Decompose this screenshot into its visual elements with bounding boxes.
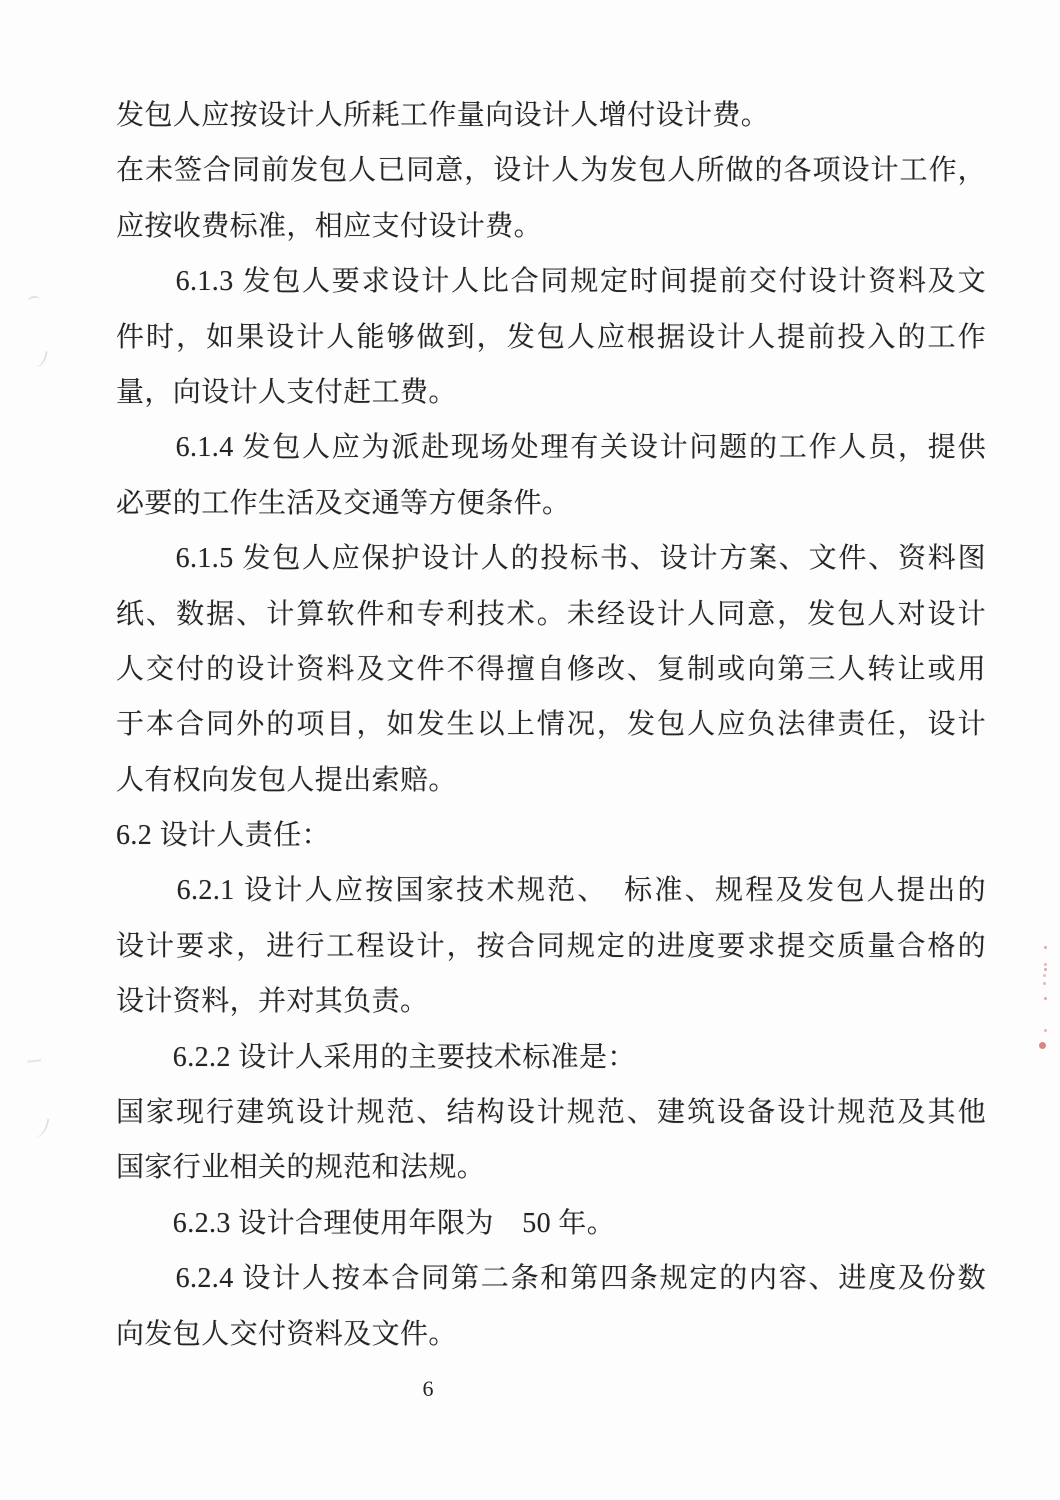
clause-6-2-1-line: 设计要求，进行工程设计，按合同规定的进度要求提交质量合格的 [116, 919, 986, 974]
clause-6-2-3-line: 6.2.3 设计合理使用年限为 50 年。 [116, 1196, 986, 1251]
scanned-contract-page: 发包人应按设计人所耗工作量向设计人增付设计费。 在未签合同前发包人已同意，设计人… [0, 0, 1060, 1500]
clause-6-1-5-line: 6.1.5 发包人应保护设计人的投标书、设计方案、文件、资料图 [116, 531, 986, 586]
clause-6-2-2-line: 国家现行建筑设计规范、结构设计规范、建筑设备设计规范及其他 [116, 1085, 986, 1140]
doc-line: 应按收费标准，相应支付设计费。 [116, 199, 986, 254]
contract-text-block: 发包人应按设计人所耗工作量向设计人增付设计费。 在未签合同前发包人已同意，设计人… [116, 88, 986, 1362]
clause-6-1-4-line: 6.1.4 发包人应为派赴现场处理有关设计问题的工作人员，提供 [116, 420, 986, 475]
scan-artifact [27, 1051, 42, 1062]
clause-6-2-4-line: 6.2.4 设计人按本合同第二条和第四条规定的内容、进度及份数 [116, 1251, 986, 1306]
clause-6-1-5-line: 纸、数据、计算软件和专利技术。未经设计人同意，发包人对设计 [116, 587, 986, 642]
scan-artifact [32, 349, 47, 369]
clause-6-2-4-line: 向发包人交付资料及文件。 [116, 1307, 986, 1362]
clause-6-1-5-line: 于本合同外的项目，如发生以上情况，发包人应负法律责任，设计 [116, 697, 986, 752]
scan-artifact [27, 295, 40, 306]
clause-6-2-1-line: 设计资料，并对其负责。 [116, 974, 986, 1029]
clause-6-1-4-line: 必要的工作生活及交通等方便条件。 [116, 476, 986, 531]
clause-6-1-3-line: 件时，如果设计人能够做到，发包人应根据设计人提前投入的工作 [116, 310, 986, 365]
page-number: 6 [412, 1375, 444, 1403]
clause-6-2-2-line: 国家行业相关的规范和法规。 [116, 1140, 986, 1195]
scan-artifact [35, 1117, 50, 1138]
clause-6-1-5-line: 人交付的设计资料及文件不得擅自修改、复制或向第三人转让或用 [116, 642, 986, 697]
clause-6-1-3-line: 量，向设计人支付赶工费。 [116, 365, 986, 420]
clause-6-2-2-line: 6.2.2 设计人采用的主要技术标准是： [116, 1030, 986, 1085]
section-6-2-heading: 6.2 设计人责任： [116, 808, 986, 863]
clause-6-2-1-line: 6.2.1 设计人应按国家技术规范、 标准、规程及发包人提出的 [116, 863, 986, 918]
clause-6-1-5-line: 人有权向发包人提出索赔。 [116, 753, 986, 808]
scan-speckles [1044, 946, 1047, 949]
doc-line: 发包人应按设计人所耗工作量向设计人增付设计费。 [116, 88, 986, 143]
clause-6-1-3-line: 6.1.3 发包人要求设计人比合同规定时间提前交付设计资料及文 [116, 254, 986, 309]
doc-line: 在未签合同前发包人已同意，设计人为发包人所做的各项设计工作， [116, 143, 986, 198]
